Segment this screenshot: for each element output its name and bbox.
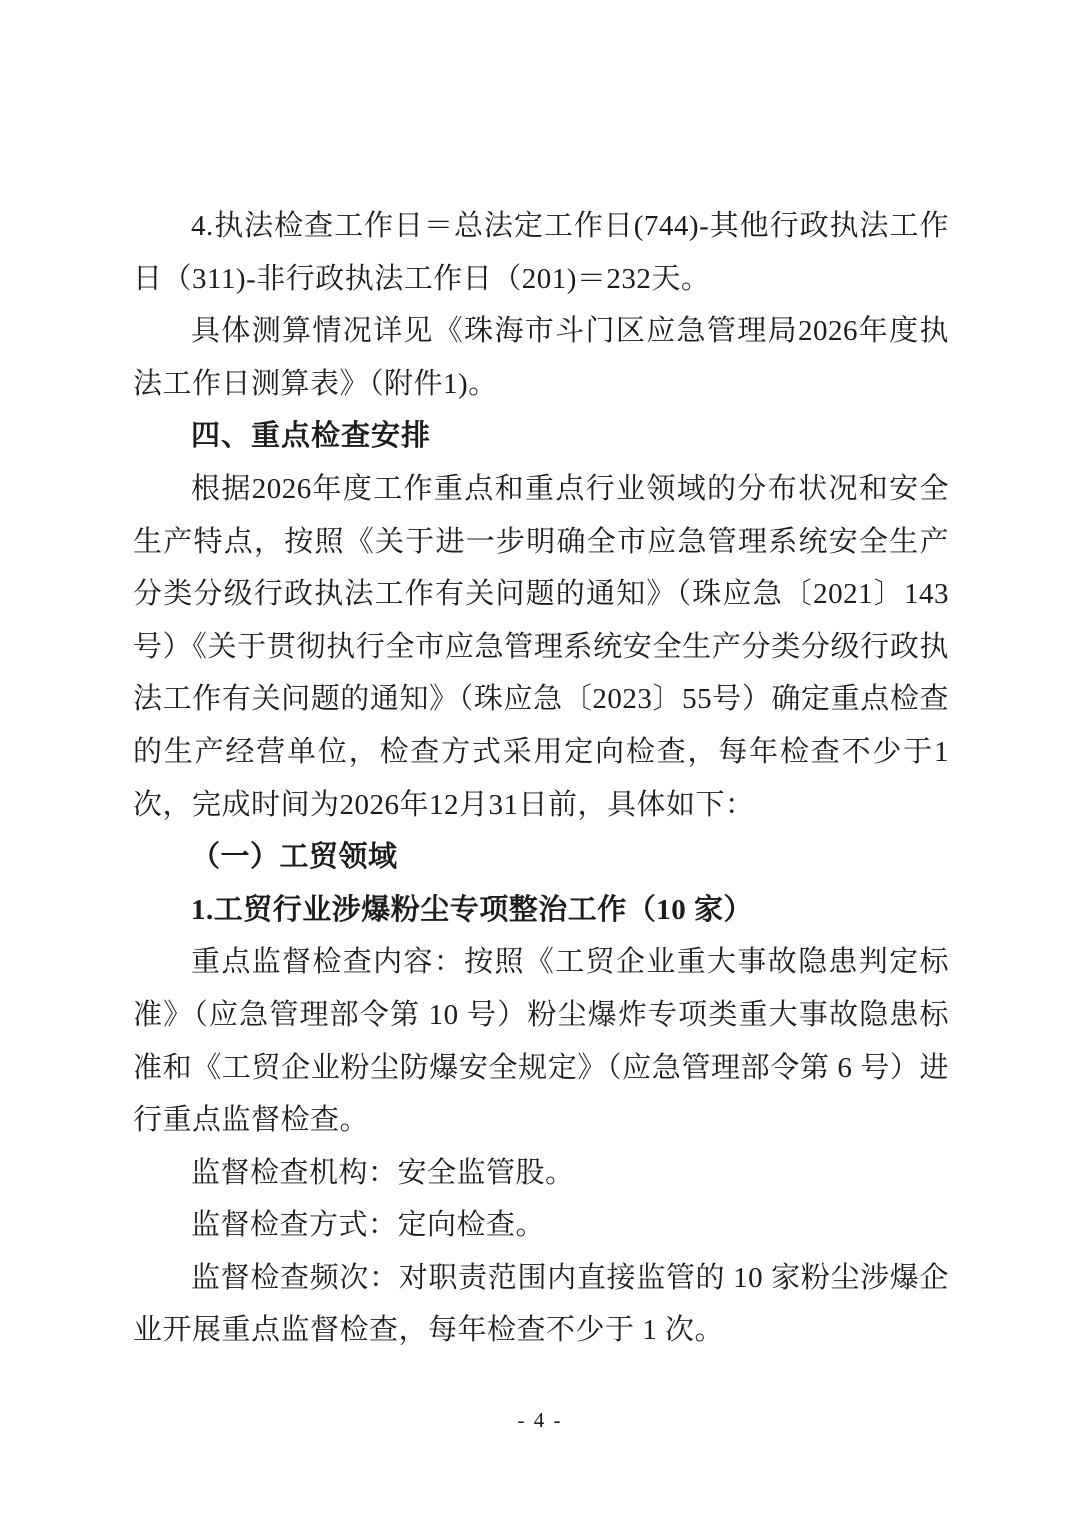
paragraph-inspection-method: 监督检查方式：定向检查。 — [133, 1199, 949, 1252]
heading-item-dust-explosion: 1.工贸行业涉爆粉尘专项整治工作（10 家） — [133, 884, 949, 937]
paragraph-calculation-reference: 具体测算情况详见《珠海市斗门区应急管理局2026年度执法工作日测算表》（附件1)… — [133, 305, 949, 410]
paragraph-inspection-content: 重点监督检查内容：按照《工贸企业重大事故隐患判定标准》（应急管理部令第 10 号… — [133, 936, 949, 1146]
heading-section-four: 四、重点检查安排 — [133, 410, 949, 463]
paragraph-workday-calculation: 4.执法检查工作日＝总法定工作日(744)-其他行政执法工作日（311)-非行政… — [133, 200, 949, 305]
page-number: - 4 - — [0, 1408, 1080, 1433]
document-body: 4.执法检查工作日＝总法定工作日(744)-其他行政执法工作日（311)-非行政… — [133, 200, 949, 1357]
paragraph-section-intro: 根据2026年度工作重点和重点行业领域的分布状况和安全生产特点，按照《关于进一步… — [133, 463, 949, 831]
paragraph-inspection-agency: 监督检查机构：安全监管股。 — [133, 1147, 949, 1200]
paragraph-inspection-frequency: 监督检查频次：对职责范围内直接监管的 10 家粉尘涉爆企业开展重点监督检查，每年… — [133, 1252, 949, 1357]
heading-subsection-industry-trade: （一）工贸领域 — [133, 831, 949, 884]
document-page: 4.执法检查工作日＝总法定工作日(744)-其他行政执法工作日（311)-非行政… — [0, 0, 1080, 1526]
